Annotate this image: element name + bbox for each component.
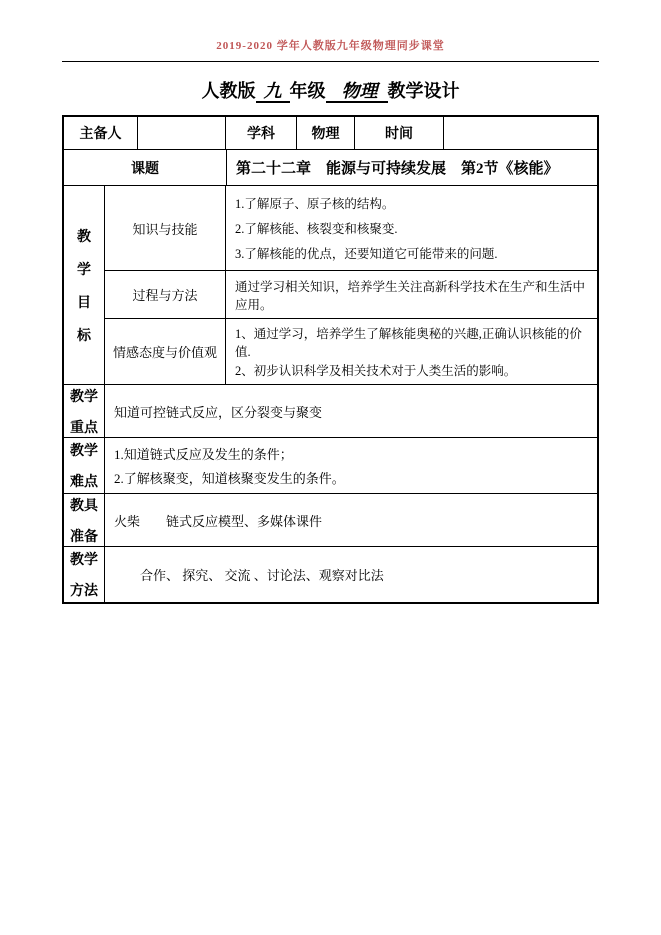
running-head-text: 2019-2020 学年人教版九年级物理同步课堂 (216, 40, 444, 52)
title-mid: 年级 (290, 81, 326, 101)
emotion-content: 1、通过学习，培养学生了解核能奥秘的兴趣,正确认识核能的价值. 2、初步认识科学… (225, 319, 597, 384)
table-row-materials: 教具 准备 火柴 链式反应模型、多媒体课件 (64, 493, 597, 546)
materials-label-line: 教具 (70, 495, 98, 515)
methods-label-line: 教学 (70, 549, 98, 569)
table-row-difficulties: 教学 难点 1.知道链式反应及发生的条件； 2.了解核聚变，知道核聚变发生的条件… (64, 437, 597, 493)
objectives-label-char: 标 (77, 325, 91, 345)
subject-label: 学科 (225, 117, 296, 149)
difficulties-content: 1.知道链式反应及发生的条件； 2.了解核聚变，知道核聚变发生的条件。 (104, 438, 597, 493)
key-points-label: 教学 重点 (64, 385, 104, 437)
table-row-methods: 教学 方法 合作、 探究、 交流 、讨论法、观察对比法 (64, 546, 597, 602)
objectives-vertical-label: 教 学 目 标 (64, 186, 104, 384)
objectives-label-char: 教 (77, 226, 91, 246)
difficulties-label-line: 教学 (70, 440, 98, 460)
objective-row-process: 过程与方法 通过学习相关知识，培养学生关注高新科学技术在生产和生活中应用。 (105, 270, 597, 318)
key-points-label-line: 教学 (70, 386, 98, 406)
materials-label: 教具 准备 (64, 494, 104, 546)
knowledge-line: 3.了解核能的优点，还要知道它可能带来的问题. (235, 244, 591, 262)
process-content: 通过学习相关知识，培养学生关注高新科学技术在生产和生活中应用。 (225, 271, 597, 318)
running-head: 2019-2020 学年人教版九年级物理同步课堂 (62, 36, 599, 62)
page-title: 人教版九年级物理教学设计 (0, 79, 661, 103)
topic-label: 课题 (64, 150, 226, 185)
materials-line: 火柴 链式反应模型、多媒体课件 (114, 511, 591, 530)
lesson-plan-table: 主备人 学科 物理 时间 课题 第二十二章 能源与可持续发展 第2节《核能》 教… (62, 115, 599, 604)
objective-row-knowledge: 知识与技能 1.了解原子、原子核的结构。 2.了解核能、核裂变和核聚变. 3.了… (105, 186, 597, 270)
difficulties-line: 2.了解核聚变，知道核聚变发生的条件。 (114, 468, 591, 487)
methods-label: 教学 方法 (64, 547, 104, 602)
title-suffix: 教学设计 (388, 81, 460, 101)
table-row-topic: 课题 第二十二章 能源与可持续发展 第2节《核能》 (64, 149, 597, 185)
title-blank-subject: 物理 (326, 81, 388, 103)
knowledge-category-label: 知识与技能 (105, 186, 225, 270)
time-value (443, 117, 597, 149)
objectives-label-char: 学 (77, 259, 91, 279)
difficulties-label: 教学 难点 (64, 438, 104, 493)
topic-value: 第二十二章 能源与可持续发展 第2节《核能》 (226, 150, 597, 185)
knowledge-content: 1.了解原子、原子核的结构。 2.了解核能、核裂变和核聚变. 3.了解核能的优点… (225, 186, 597, 270)
emotion-line: 1、通过学习，培养学生了解核能奥秘的兴趣,正确认识核能的价值. (235, 324, 591, 360)
knowledge-line: 2.了解核能、核裂变和核聚变. (235, 219, 591, 237)
objectives-label-char: 目 (77, 292, 91, 312)
document-page: 2019-2020 学年人教版九年级物理同步课堂 人教版九年级物理教学设计 主备… (0, 0, 661, 935)
methods-content: 合作、 探究、 交流 、讨论法、观察对比法 (104, 547, 597, 602)
title-blank-grade: 九 (256, 81, 290, 103)
process-line: 通过学习相关知识，培养学生关注高新科学技术在生产和生活中应用。 (235, 277, 591, 313)
table-row-key-points: 教学 重点 知道可控链式反应，区分裂变与聚变 (64, 384, 597, 437)
process-category-label: 过程与方法 (105, 271, 225, 318)
emotion-category-label: 情感态度与价值观 (105, 319, 225, 384)
key-points-content: 知道可控链式反应，区分裂变与聚变 (104, 385, 597, 437)
objective-row-emotion: 情感态度与价值观 1、通过学习，培养学生了解核能奥秘的兴趣,正确认识核能的价值.… (105, 318, 597, 384)
knowledge-line: 1.了解原子、原子核的结构。 (235, 194, 591, 212)
preparer-value (137, 117, 225, 149)
table-row-objectives: 教 学 目 标 知识与技能 1.了解原子、原子核的结构。 2.了解核能、核裂变和… (64, 185, 597, 384)
difficulties-line: 1.知道链式反应及发生的条件； (114, 444, 591, 463)
difficulties-label-line: 难点 (70, 471, 98, 491)
emotion-line: 2、初步认识科学及相关技术对于人类生活的影响。 (235, 361, 591, 379)
materials-label-line: 准备 (70, 526, 98, 546)
subject-value: 物理 (296, 117, 354, 149)
key-points-label-line: 重点 (70, 417, 98, 437)
objectives-subrows: 知识与技能 1.了解原子、原子核的结构。 2.了解核能、核裂变和核聚变. 3.了… (104, 186, 597, 384)
preparer-label: 主备人 (64, 117, 137, 149)
key-points-line: 知道可控链式反应，区分裂变与聚变 (114, 402, 591, 421)
methods-label-line: 方法 (70, 580, 98, 600)
table-row-info: 主备人 学科 物理 时间 (64, 117, 597, 149)
methods-line: 合作、 探究、 交流 、讨论法、观察对比法 (114, 565, 591, 584)
materials-content: 火柴 链式反应模型、多媒体课件 (104, 494, 597, 546)
title-prefix: 人教版 (202, 81, 256, 101)
time-label: 时间 (354, 117, 443, 149)
